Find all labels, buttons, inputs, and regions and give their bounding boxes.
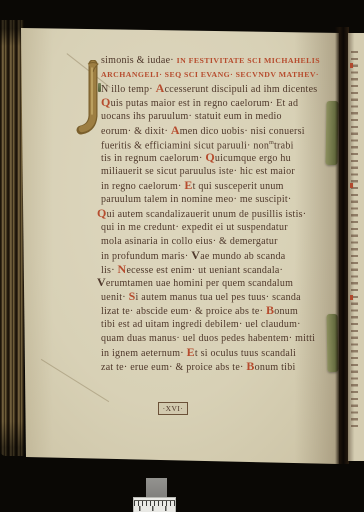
rubric-segment: ARCHANGELI· SEQ SCI EVANG· SECVNDV MATHE… [101, 70, 319, 79]
text-segment: uenit· [101, 292, 129, 303]
initial-letter: E [187, 345, 195, 359]
text-segment: onum tibi [255, 362, 296, 373]
text-segment: ecesse est enim· ut ueniant scandala· [126, 265, 283, 276]
initial-letter: Q [97, 206, 107, 220]
text-line: mola asinaria in collo eius· & demergatu… [101, 235, 278, 249]
text-segment: in regno caelorum· [101, 181, 184, 192]
text-segment: i autem manus tua uel pes tuus· scanda [136, 292, 301, 303]
text-segment: simonis & iudae· [101, 55, 177, 66]
initial-letter: B [246, 359, 254, 373]
text-segment: ui autem scandalizauerit unum de pusilli… [107, 209, 307, 220]
text-segment: eorum· & dixit· [101, 126, 171, 137]
initial-letter: B [266, 303, 274, 317]
initial-letter: A [156, 81, 165, 95]
text-line: tis in regnum caelorum· Quicumque ergo h… [101, 151, 291, 165]
text-segment: ccesserunt discipuli ad ihm dicentes [165, 84, 318, 95]
text-line: quam duas manus· uel duos pedes habentem… [101, 332, 315, 346]
text-segment: onum [274, 306, 298, 317]
initial-letter: Q [101, 95, 111, 109]
initial-letter: Q [205, 150, 215, 164]
text-segment: men dico uobis· nisi conuersi [180, 126, 305, 137]
gray-scale-tab [146, 478, 167, 498]
text-line: miliauerit se sicut paruulus iste· hic e… [101, 165, 295, 179]
text-segment: uocans ihs paruulum· statuit eum in medi… [101, 111, 282, 122]
manuscript-photo: { "scene": { "background_color": "#0a080… [0, 0, 364, 512]
text-segment: lizat te· abscide eum· & proice abs te· [101, 306, 266, 317]
quire-mark: ·XVI· [158, 402, 188, 415]
text-line: tibi est ad uitam ingredi debilem· uel c… [101, 318, 301, 332]
text-line: fueritis & efficiamini sicut paruuli· no… [101, 137, 294, 151]
ruler-digit-marks [134, 506, 175, 511]
next-page-rubric-mark [350, 295, 353, 300]
text-segment: tis in regnum caelorum· [101, 153, 205, 164]
measuring-ruler [133, 497, 176, 512]
text-segment: mola asinaria in collo eius· & demergatu… [101, 236, 278, 247]
text-line: N illo temp· Accesserunt discipuli ad ih… [101, 82, 317, 96]
text-segment: t qui susceperit unum [193, 181, 284, 192]
text-line: uocans ihs paruulum· statuit eum in medi… [101, 110, 282, 124]
text-line: uenit· Si autem manus tua uel pes tuus· … [101, 290, 301, 304]
text-line: lizat te· abscide eum· & proice abs te· … [101, 304, 298, 318]
text-segment: miliauerit se sicut paruulus iste· hic e… [101, 166, 295, 177]
text-segment: erumtamen uae homini per quem scandalum [106, 278, 293, 289]
initial-letter: E [184, 178, 192, 192]
next-page-edge[interactable] [348, 33, 364, 461]
book-binding-edge [0, 20, 24, 456]
text-segment: t si oculus tuus scandali [195, 348, 296, 359]
text-segment: paruulum talem in nomine meo· me suscipi… [101, 194, 291, 205]
text-segment: in profundum maris· [101, 251, 191, 262]
next-page-rubric-mark [350, 183, 353, 188]
text-line: in profundum maris· Vae mundo ab scanda [101, 249, 286, 263]
next-page-text-marks [351, 51, 358, 431]
text-line: ARCHANGELI· SEQ SCI EVANG· SECVNDV MATHE… [101, 68, 319, 82]
text-line: lis· Necesse est enim· ut ueniant scanda… [101, 263, 283, 277]
text-segment: N illo temp· [101, 84, 156, 95]
text-line: qui in me credunt· expedit ei ut suspend… [101, 221, 288, 235]
text-segment: trabi [274, 141, 294, 152]
text-line: Quis putas maior est in regno caelorum· … [101, 96, 298, 110]
text-segment: tibi est ad uitam ingredi debilem· uel c… [101, 319, 301, 330]
initial-letter: V [191, 248, 200, 262]
text-segment: qui in me credunt· expedit ei ut suspend… [101, 222, 288, 233]
next-page-rubric-mark [350, 63, 353, 68]
text-block: simonis & iudae· IN FESTIVITATE SCI MICH… [21, 24, 339, 464]
rubric-segment: IN FESTIVITATE SCI MICHAHELIS [177, 56, 320, 65]
page-gutter-shadow [335, 27, 349, 464]
manuscript-page: simonis & iudae· IN FESTIVITATE SCI MICH… [21, 24, 339, 464]
text-segment: lis· [101, 265, 118, 276]
text-segment: uis putas maior est in regno caelorum· E… [111, 98, 299, 109]
text-line: paruulum talem in nomine meo· me suscipi… [101, 193, 291, 207]
text-line: Qui autem scandalizauerit unum de pusill… [97, 207, 306, 221]
text-segment: in ignem aeternum· [101, 348, 187, 359]
text-segment: fueritis & efficiamini sicut paruuli· no… [101, 141, 269, 152]
text-line: in ignem aeternum· Et si oculus tuus sca… [101, 346, 296, 360]
text-line: eorum· & dixit· Amen dico uobis· nisi co… [101, 124, 305, 138]
text-segment: zat te· erue eum· & proice abs te· [101, 362, 246, 373]
text-line: Verumtamen uae homini per quem scandalum [97, 276, 293, 290]
text-segment: ae mundo ab scanda [200, 251, 285, 262]
text-line: simonis & iudae· IN FESTIVITATE SCI MICH… [101, 54, 320, 68]
initial-letter: S [129, 289, 136, 303]
initial-letter: A [171, 123, 180, 137]
text-line: zat te· erue eum· & proice abs te· Bonum… [101, 360, 296, 374]
text-segment: quam duas manus· uel duos pedes habentem… [101, 333, 315, 344]
initial-letter: V [97, 275, 106, 289]
text-segment: uicumque ergo hu [215, 153, 291, 164]
text-line: in regno caelorum· Et qui susceperit unu… [101, 179, 284, 193]
